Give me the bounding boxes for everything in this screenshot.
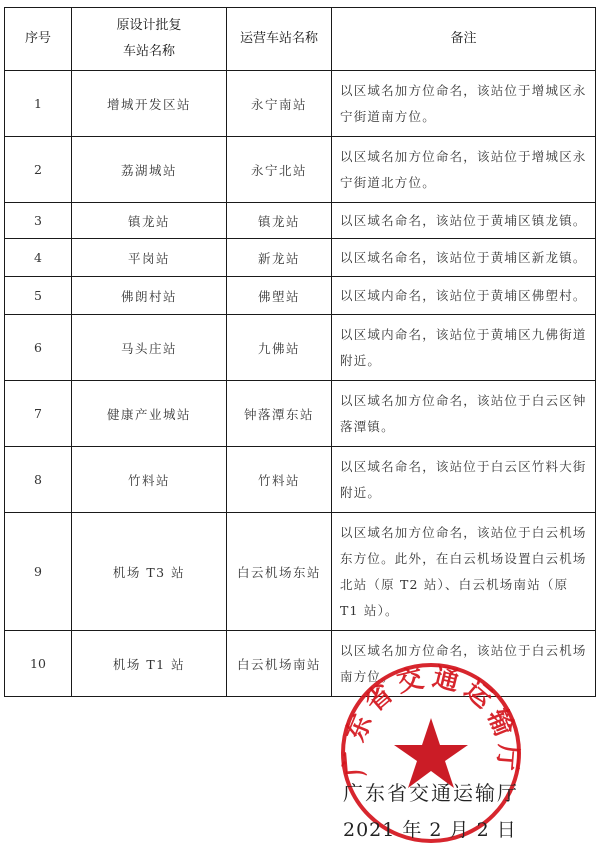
header-operating-name: 运营车站名称	[227, 8, 332, 71]
table-header-row: 序号 原设计批复 车站名称 运营车站名称 备注	[5, 8, 596, 71]
cell-seq: 8	[5, 447, 72, 513]
cell-seq: 5	[5, 277, 72, 315]
cell-original-name: 机场 T1 站	[72, 631, 227, 697]
cell-original-name: 荔湖城站	[72, 137, 227, 203]
cell-remarks: 以区域名加方位命名，该站位于增城区永宁街道南方位。	[332, 71, 596, 137]
cell-remarks: 以区域名命名，该站位于黄埔区新龙镇。	[332, 239, 596, 277]
cell-original-name: 增城开发区站	[72, 71, 227, 137]
cell-original-name: 机场 T3 站	[72, 513, 227, 631]
cell-operating-name: 永宁南站	[227, 71, 332, 137]
table-row: 5 佛朗村站 佛塱站 以区域内命名，该站位于黄埔区佛塱村。	[5, 277, 596, 315]
cell-operating-name: 永宁北站	[227, 137, 332, 203]
table-row: 7 健康产业城站 钟落潭东站 以区域名加方位命名，该站位于白云区钟落潭镇。	[5, 381, 596, 447]
issue-date: 2021 年 2 月 2 日	[343, 815, 517, 842]
cell-original-name: 竹料站	[72, 447, 227, 513]
cell-operating-name: 镇龙站	[227, 203, 332, 239]
cell-remarks: 以区域内命名，该站位于黄埔区九佛街道附近。	[332, 315, 596, 381]
cell-original-name: 平岗站	[72, 239, 227, 277]
cell-seq: 3	[5, 203, 72, 239]
header-original-name: 原设计批复 车站名称	[72, 8, 227, 71]
cell-original-name: 健康产业城站	[72, 381, 227, 447]
cell-original-name: 佛朗村站	[72, 277, 227, 315]
cell-remarks: 以区域名命名，该站位于黄埔区镇龙镇。	[332, 203, 596, 239]
cell-seq: 6	[5, 315, 72, 381]
station-renaming-table: 序号 原设计批复 车站名称 运营车站名称 备注 1 增城开发区站 永宁南站 以区…	[4, 7, 596, 697]
header-original-line1: 原设计批复	[72, 13, 226, 39]
table-row: 2 荔湖城站 永宁北站 以区域名加方位命名，该站位于增城区永宁街道北方位。	[5, 137, 596, 203]
table-row: 6 马头庄站 九佛站 以区域内命名，该站位于黄埔区九佛街道附近。	[5, 315, 596, 381]
cell-remarks: 以区域名加方位命名，该站位于白云机场东方位。此外，在白云机场设置白云机场北站（原…	[332, 513, 596, 631]
cell-operating-name: 白云机场南站	[227, 631, 332, 697]
table-row: 9 机场 T3 站 白云机场东站 以区域名加方位命名，该站位于白云机场东方位。此…	[5, 513, 596, 631]
cell-remarks: 以区域名加方位命名，该站位于白云区钟落潭镇。	[332, 381, 596, 447]
cell-operating-name: 佛塱站	[227, 277, 332, 315]
cell-seq: 4	[5, 239, 72, 277]
cell-operating-name: 钟落潭东站	[227, 381, 332, 447]
table-row: 4 平岗站 新龙站 以区域名命名，该站位于黄埔区新龙镇。	[5, 239, 596, 277]
header-original-line2: 车站名称	[72, 39, 226, 65]
cell-seq: 10	[5, 631, 72, 697]
table-row: 8 竹料站 竹料站 以区域名命名，该站位于白云区竹料大街附近。	[5, 447, 596, 513]
header-seq: 序号	[5, 8, 72, 71]
cell-operating-name: 新龙站	[227, 239, 332, 277]
cell-seq: 7	[5, 381, 72, 447]
table-row: 3 镇龙站 镇龙站 以区域名命名，该站位于黄埔区镇龙镇。	[5, 203, 596, 239]
cell-operating-name: 白云机场东站	[227, 513, 332, 631]
cell-operating-name: 竹料站	[227, 447, 332, 513]
cell-remarks: 以区域内命名，该站位于黄埔区佛塱村。	[332, 277, 596, 315]
cell-operating-name: 九佛站	[227, 315, 332, 381]
cell-seq: 1	[5, 71, 72, 137]
cell-seq: 9	[5, 513, 72, 631]
cell-remarks: 以区域名命名，该站位于白云区竹料大街附近。	[332, 447, 596, 513]
cell-seq: 2	[5, 137, 72, 203]
cell-original-name: 马头庄站	[72, 315, 227, 381]
table-row: 1 增城开发区站 永宁南站 以区域名加方位命名，该站位于增城区永宁街道南方位。	[5, 71, 596, 137]
cell-original-name: 镇龙站	[72, 203, 227, 239]
cell-remarks: 以区域名加方位命名，该站位于增城区永宁街道北方位。	[332, 137, 596, 203]
issuing-organization: 广东省交通运输厅	[343, 777, 519, 806]
header-remarks: 备注	[332, 8, 596, 71]
